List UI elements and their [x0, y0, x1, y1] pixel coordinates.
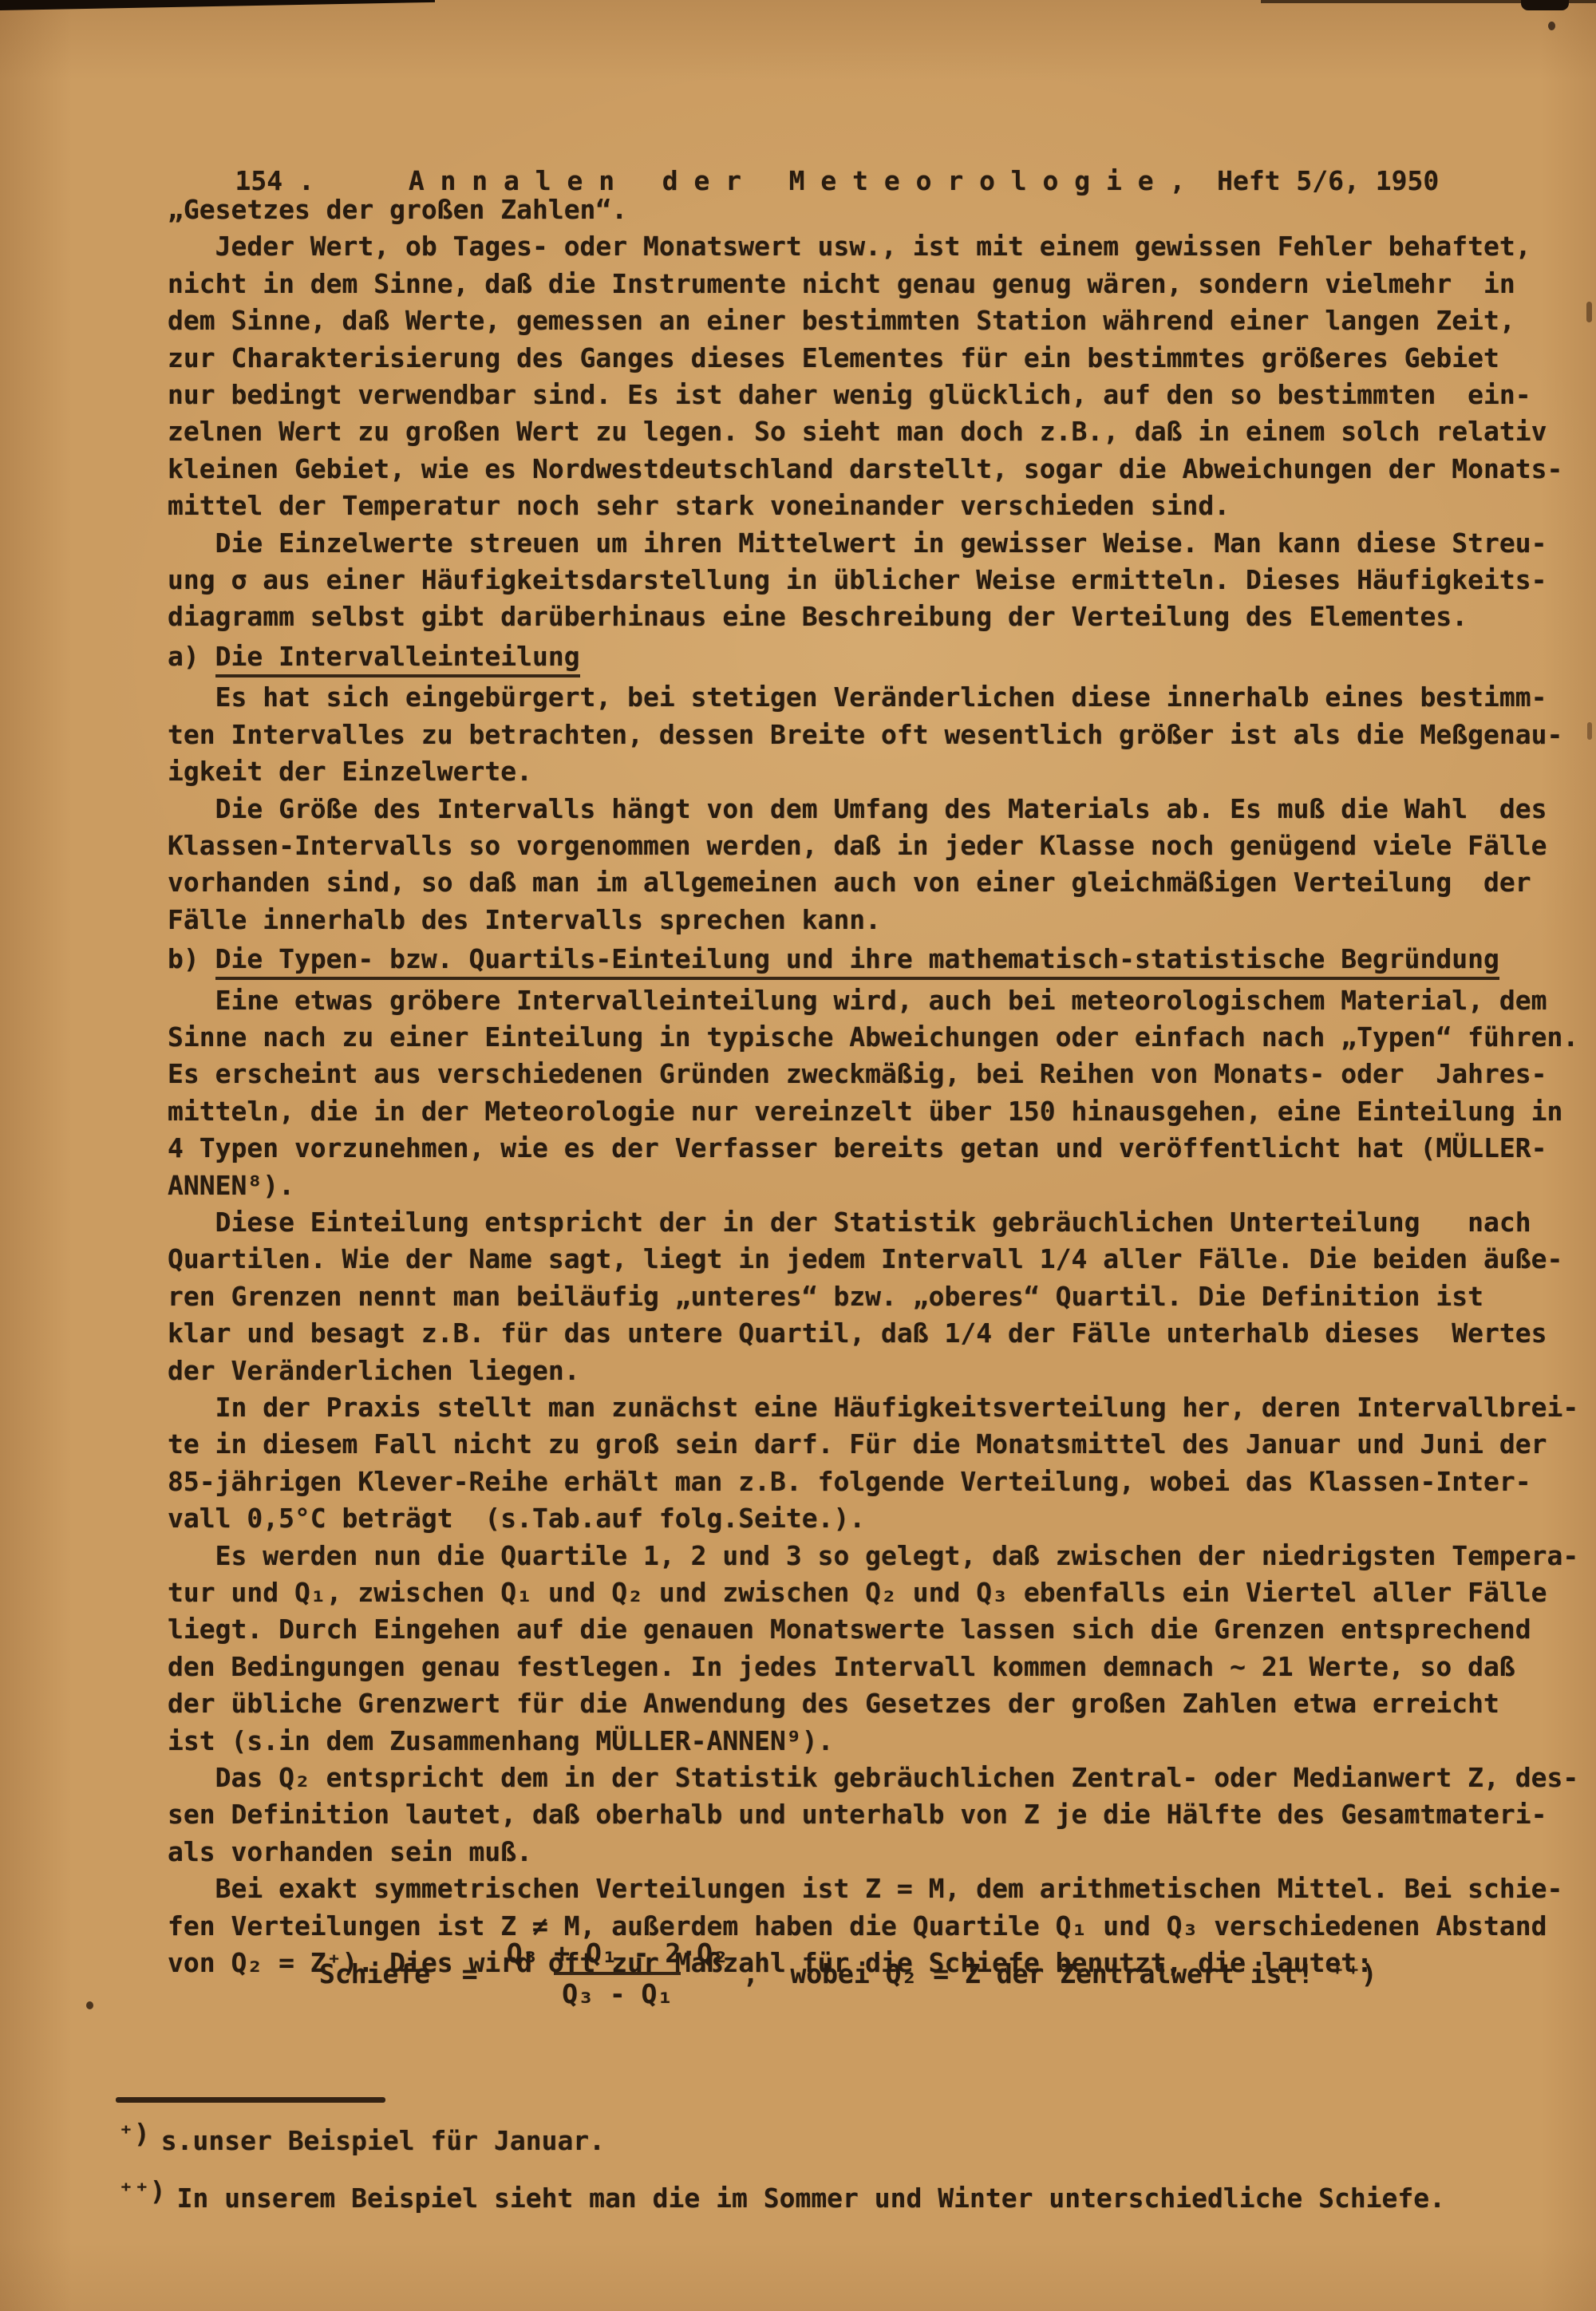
text-line: den Bedingungen genau festlegen. In jede… — [168, 1649, 1572, 1685]
text-line: Das Q₂ entspricht dem in der Statistik g… — [168, 1760, 1572, 1796]
heading-prefix: a) — [168, 641, 215, 672]
text-line: 4 Typen vorzunehmen, wie es der Verfasse… — [168, 1130, 1572, 1167]
footnote-marker: ⁺) — [118, 2118, 150, 2149]
paper-speck — [86, 2001, 93, 2009]
formula-rhs: , wobei Q₂ = Z der Zentralwert ist! ⁺⁺) — [743, 1958, 1377, 1989]
text-line: dem Sinne, daß Werte, gemessen an einer … — [168, 302, 1572, 339]
text-line: der übliche Grenzwert für die Anwendung … — [168, 1685, 1572, 1722]
text-line: der Veränderlichen liegen. — [168, 1353, 1572, 1389]
footnote-marker: ⁺⁺) — [118, 2175, 166, 2206]
text-line: als vorhanden sein muß. — [168, 1834, 1572, 1871]
text-line: mittel der Temperatur noch sehr stark vo… — [168, 488, 1572, 524]
text-line: Es werden nun die Quartile 1, 2 und 3 so… — [168, 1538, 1572, 1574]
formula-lhs: Schiefe = — [319, 1958, 478, 1989]
text-line: tur und Q₁, zwischen Q₁ und Q₂ und zwisc… — [168, 1574, 1572, 1611]
text-line: diagramm selbst gibt darüberhinaus eine … — [168, 598, 1572, 635]
text-line: Es hat sich eingebürgert, bei stetigen V… — [168, 679, 1572, 716]
formula-numerator: Q₃ + Q₁ - 2·Q₂ — [499, 1938, 737, 1972]
text-line: te in diesem Fall nicht zu groß sein dar… — [168, 1426, 1572, 1463]
formula-fraction: Q₃ + Q₁ - 2·Q₂ Q₃ - Q₁ — [499, 1938, 737, 2009]
text-line: Fälle innerhalb des Intervalls sprechen … — [168, 902, 1572, 938]
article-body: „Gesetzes der großen Zahlen“. Jeder Wert… — [168, 192, 1572, 1982]
heading-underlined-text: Die Typen- bzw. Quartils-Einteilung und … — [215, 943, 1499, 980]
text-line: Sinne nach zu einer Einteilung in typisc… — [168, 1019, 1572, 1056]
text-line: ist (s.in dem Zusammenhang MÜLLER-ANNEN⁹… — [168, 1723, 1572, 1760]
footnote: ⁺⁺)In unserem Beispiel sieht man die im … — [118, 2180, 1445, 2217]
paper-speck — [1548, 22, 1555, 30]
scan-edge-artifact — [1521, 0, 1569, 10]
text-line: ANNEN⁸). — [168, 1167, 1572, 1204]
text-line: sen Definition lautet, daß oberhalb und … — [168, 1796, 1572, 1833]
text-line: Jeder Wert, ob Tages- oder Monatswert us… — [168, 228, 1572, 265]
text-line: In der Praxis stellt man zunächst eine H… — [168, 1389, 1572, 1426]
text-line: Es erscheint aus verschiedenen Gründen z… — [168, 1056, 1572, 1092]
footnote-text: s.unser Beispiel für Januar. — [161, 2125, 605, 2156]
section-heading: b) Die Typen- bzw. Quartils-Einteilung u… — [168, 941, 1572, 978]
text-line: zelnen Wert zu großen Wert zu legen. So … — [168, 413, 1572, 450]
footnote: ⁺)s.unser Beispiel für Januar. — [118, 2123, 1445, 2159]
text-line: vorhanden sind, so daß man im allgemeine… — [168, 864, 1572, 901]
text-line: klar und besagt z.B. für das untere Quar… — [168, 1315, 1572, 1352]
text-line: igkeit der Einzelwerte. — [168, 753, 1572, 790]
text-line: zur Charakterisierung des Ganges dieses … — [168, 340, 1572, 377]
text-line: nur bedingt verwendbar sind. Es ist dahe… — [168, 377, 1572, 413]
text-line: ren Grenzen nennt man beiläufig „unteres… — [168, 1278, 1572, 1315]
scan-edge-artifact — [0, 0, 435, 10]
scanned-journal-page: 154 .A n n a l e n d e r M e t e o r o l… — [0, 0, 1596, 2311]
text-line: Diese Einteilung entspricht der in der S… — [168, 1204, 1572, 1241]
text-line: „Gesetzes der großen Zahlen“. — [168, 192, 1572, 228]
skewness-formula: Schiefe = Q₃ + Q₁ - 2·Q₂ Q₃ - Q₁ , wobei… — [319, 1938, 1377, 2009]
text-line: Die Einzelwerte streuen um ihren Mittelw… — [168, 525, 1572, 562]
heading-prefix: b) — [168, 943, 215, 974]
text-line: liegt. Durch Eingehen auf die genauen Mo… — [168, 1611, 1572, 1648]
text-line: ten Intervalles zu betrachten, dessen Br… — [168, 717, 1572, 753]
text-line: Klassen-Intervalls so vorgenommen werden… — [168, 828, 1572, 864]
text-line: 85-jährigen Klever-Reihe erhält man z.B.… — [168, 1464, 1572, 1500]
text-line: mitteln, die in der Meteorologie nur ver… — [168, 1093, 1572, 1130]
text-line: nicht in dem Sinne, daß die Instrumente … — [168, 266, 1572, 302]
text-line: kleinen Gebiet, wie es Nordwestdeutschla… — [168, 451, 1572, 488]
text-line: Bei exakt symmetrischen Verteilungen ist… — [168, 1871, 1572, 1907]
formula-denominator: Q₃ - Q₁ — [554, 1972, 681, 2009]
text-line: vall 0,5°C beträgt (s.Tab.auf folg.Seite… — [168, 1500, 1572, 1537]
section-heading: a) Die Intervalleinteilung — [168, 638, 1572, 675]
paper-speck — [1586, 302, 1592, 322]
footnote-separator — [116, 2097, 385, 2103]
footnote-text: In unserem Beispiel sieht man die im Som… — [177, 2183, 1445, 2214]
text-line: Quartilen. Wie der Name sagt, liegt in j… — [168, 1241, 1572, 1278]
footnotes: ⁺)s.unser Beispiel für Januar.⁺⁺)In unse… — [118, 2123, 1445, 2238]
text-line: Die Größe des Intervalls hängt von dem U… — [168, 791, 1572, 828]
text-line: Eine etwas gröbere Intervalleinteilung w… — [168, 982, 1572, 1019]
text-line: ung σ aus einer Häufigkeitsdarstellung i… — [168, 562, 1572, 598]
heading-underlined-text: Die Intervalleinteilung — [215, 641, 580, 677]
paper-speck — [1587, 722, 1592, 740]
